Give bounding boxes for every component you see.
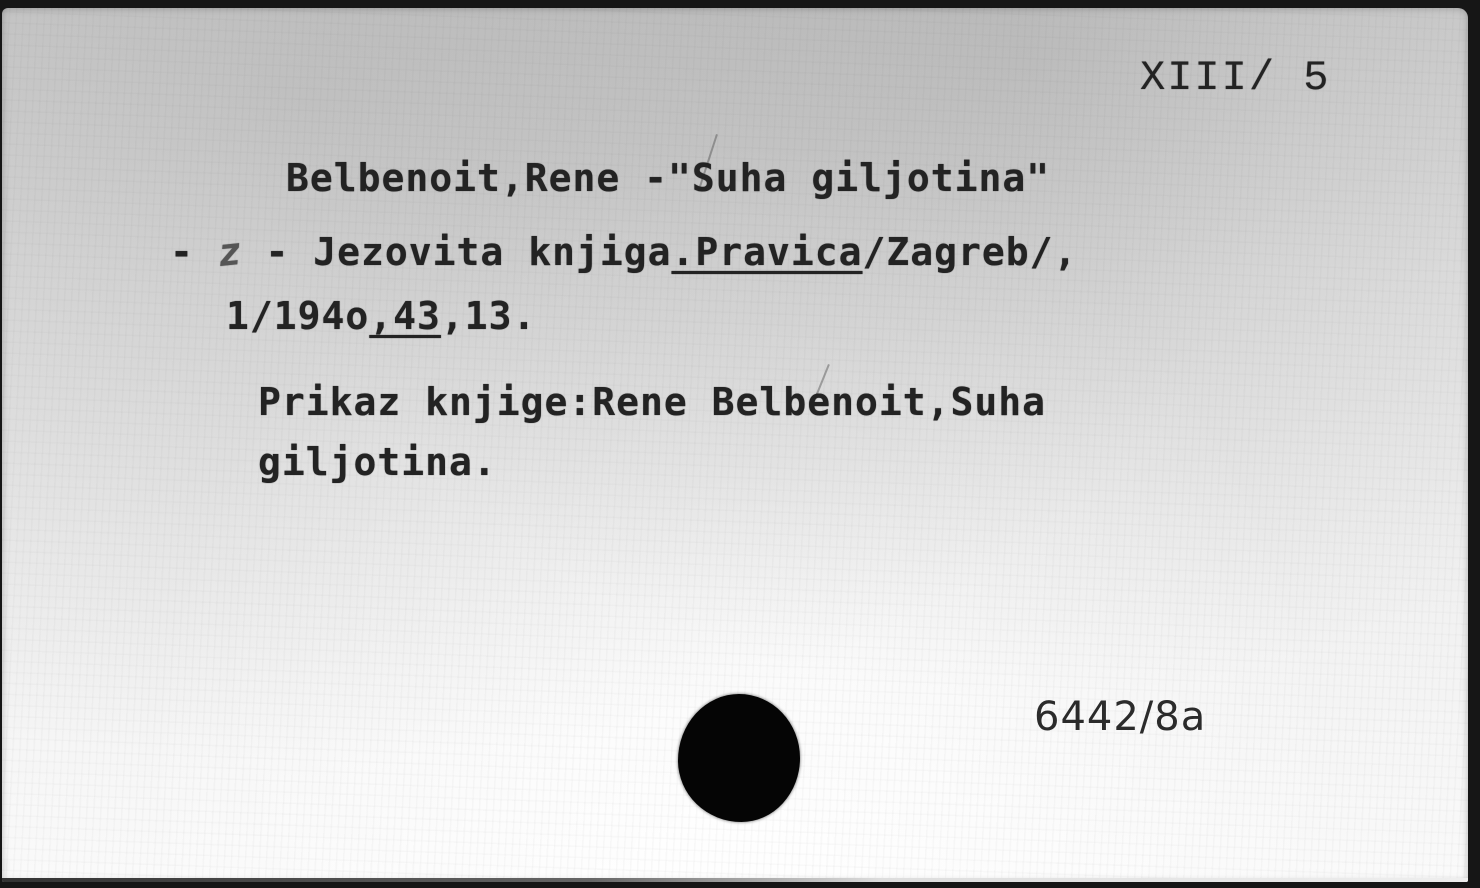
catalog-card: XIII/ 5 Belbenoit,Rene -"Suha giljotina"… <box>2 8 1468 882</box>
place-close-bracket: / <box>1030 230 1054 274</box>
call-number: XIII/ 5 <box>1140 54 1330 102</box>
publisher: .Pravica <box>671 230 862 274</box>
series-prefix: - <box>170 230 218 274</box>
place-trailing: , <box>1054 230 1078 274</box>
issue-line: 1/194o,43,13. <box>226 294 536 338</box>
punch-hole <box>678 694 800 822</box>
note-line-2: giljotina. <box>258 440 497 484</box>
issue-number: ,43 <box>369 294 441 338</box>
place: Zagreb <box>886 230 1029 274</box>
card-bottom-edge <box>2 878 1468 882</box>
note-line-1: Prikaz knjige:Rene Belbenoit,Suha <box>258 380 1046 424</box>
issue-suffix: ,13. <box>441 294 537 338</box>
author-title-line: Belbenoit,Rene -"Suha giljotina" <box>286 156 1050 200</box>
inventory-number: 6442/8a <box>1034 694 1206 740</box>
place-open-bracket: / <box>863 230 887 274</box>
series-name: - Jezovita knjiga <box>242 230 672 274</box>
series-line: - z - Jezovita knjiga.Pravica/Zagreb/, <box>170 230 1077 274</box>
issue-prefix: 1/194o <box>226 294 369 338</box>
handwritten-mark: z <box>216 229 244 275</box>
scanned-catalog-card-image: XIII/ 5 Belbenoit,Rene -"Suha giljotina"… <box>0 0 1480 888</box>
